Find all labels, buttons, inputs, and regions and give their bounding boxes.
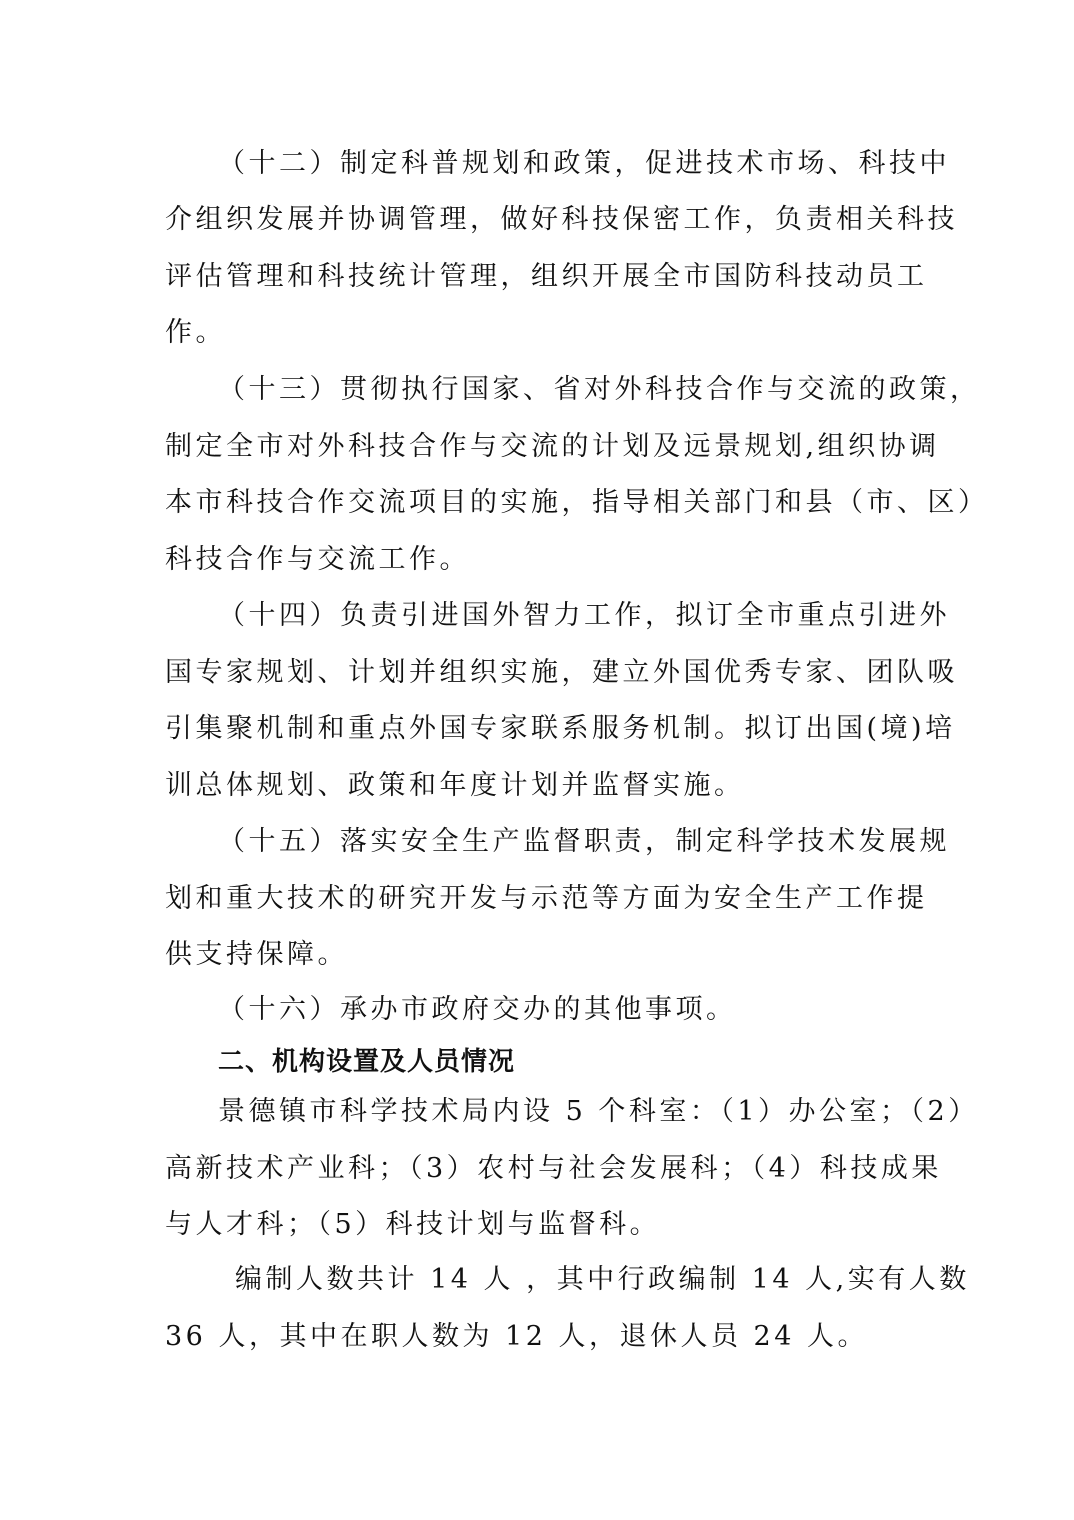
paragraph-line: 与人才科；（5）科技计划与监督科。 bbox=[165, 1208, 910, 1242]
paragraph-line: 国专家规划、计划并组织实施，建立外国优秀专家、团队吸 bbox=[165, 656, 910, 690]
paragraph-line: 训总体规划、政策和年度计划并监督实施。 bbox=[165, 769, 910, 803]
paragraph-line: 引集聚机制和重点外国专家联系服务机制。拟订出国(境)培 bbox=[165, 712, 910, 746]
paragraph-line: （十四）负责引进国外智力工作，拟订全市重点引进外 bbox=[218, 599, 910, 633]
paragraph-line: 本市科技合作交流项目的实施，指导相关部门和县（市、区） bbox=[165, 486, 910, 520]
paragraph-line: （十二）制定科普规划和政策，促进技术市场、科技中 bbox=[218, 147, 910, 181]
section-heading: 二、机构设置及人员情况 bbox=[218, 1045, 515, 1079]
paragraph-line: 评估管理和科技统计管理，组织开展全市国防科技动员工 bbox=[165, 260, 910, 294]
paragraph-line: （十三）贯彻执行国家、省对外科技合作与交流的政策， bbox=[218, 373, 910, 407]
paragraph-line: 编制人数共计 14 人 ，其中行政编制 14 人,实有人数 bbox=[235, 1263, 910, 1297]
paragraph-line: 科技合作与交流工作。 bbox=[165, 543, 910, 577]
paragraph-line: 供支持保障。 bbox=[165, 938, 910, 972]
paragraph-line: 作。 bbox=[165, 316, 910, 350]
paragraph-line: （十五）落实安全生产监督职责，制定科学技术发展规 bbox=[218, 825, 910, 859]
paragraph-line: （十六）承办市政府交办的其他事项。 bbox=[218, 993, 910, 1027]
paragraph-line: 高新技术产业科；（3）农村与社会发展科；（4）科技成果 bbox=[165, 1152, 910, 1186]
paragraph-line: 制定全市对外科技合作与交流的计划及远景规划,组织协调 bbox=[165, 430, 910, 464]
paragraph-line: 介组织发展并协调管理，做好科技保密工作，负责相关科技 bbox=[165, 203, 910, 237]
paragraph-line: 景德镇市科学技术局内设 5 个科室：（1）办公室；（2） bbox=[218, 1095, 910, 1129]
paragraph-line: 划和重大技术的研究开发与示范等方面为安全生产工作提 bbox=[165, 882, 910, 916]
document-page: （十二）制定科普规划和政策，促进技术市场、科技中 介组织发展并协调管理，做好科技… bbox=[0, 0, 1074, 1520]
paragraph-line: 36 人，其中在职人数为 12 人，退休人员 24 人。 bbox=[165, 1320, 910, 1354]
